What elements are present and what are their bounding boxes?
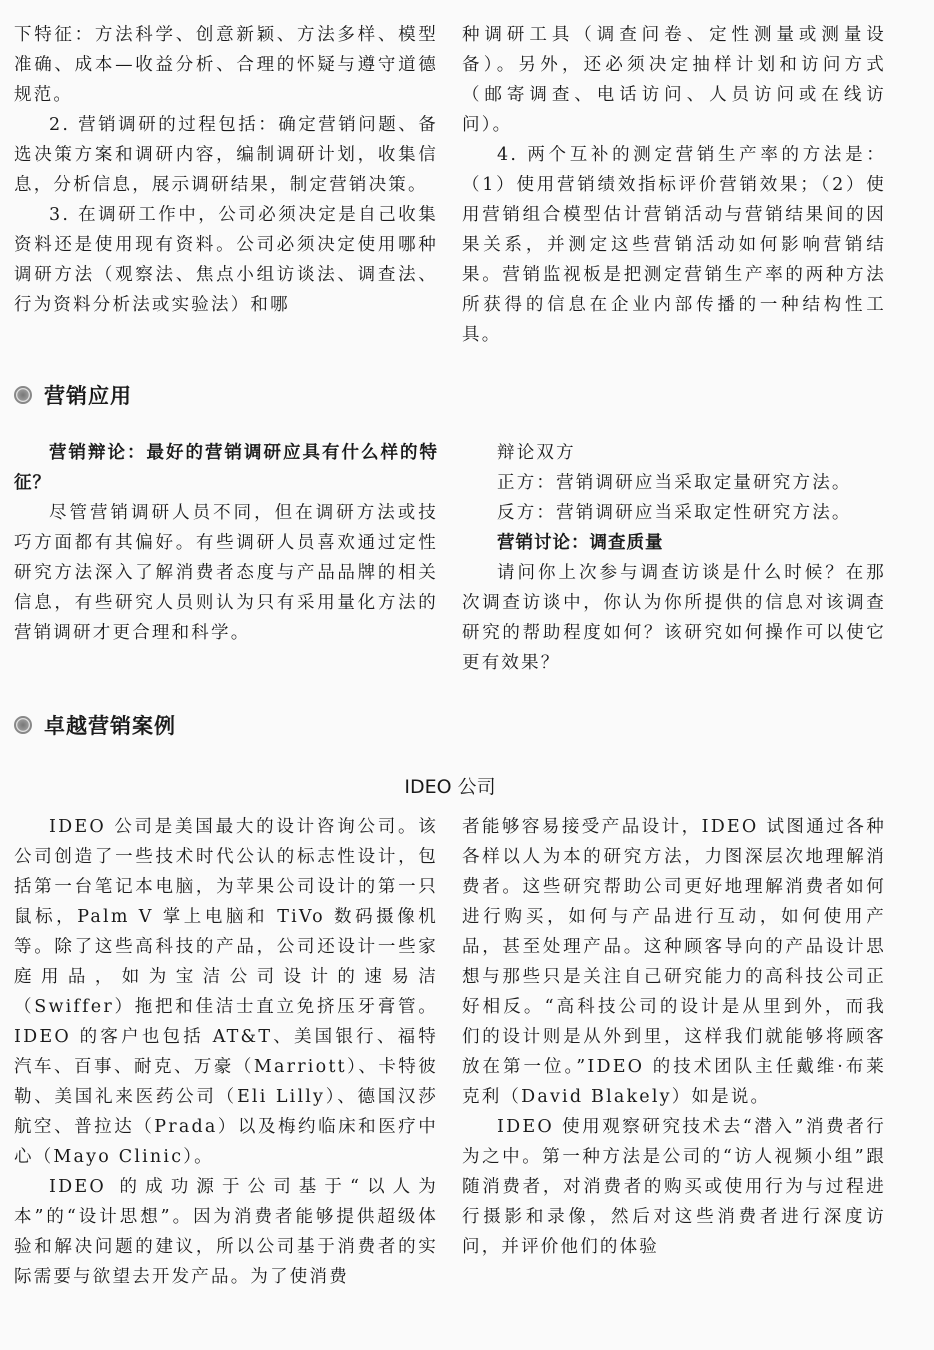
section-heading-case: 卓越营销案例: [14, 710, 176, 740]
debate-column: 营销辩论：最好的营销调研应具有什么样的特征？ 尽管营销调研人员不同，但在调研方法…: [14, 438, 438, 648]
section-heading-text: 卓越营销案例: [44, 710, 176, 740]
paragraph: IDEO 使用观察研究技术去“潜入”消费者行为之中。第一种方法是公司的“访人视频…: [462, 1112, 886, 1262]
discussion-column: 辩论双方 正方：营销调研应当采取定量研究方法。 反方：营销调研应当采取定性研究方…: [462, 438, 886, 678]
case-title: IDEO 公司: [0, 772, 900, 799]
debate-body: 尽管营销调研人员不同，但在调研方法或技巧方面都有其偏好。有些调研人员喜欢通过定性…: [14, 498, 438, 648]
discussion-title: 营销讨论：调查质量: [462, 528, 886, 558]
debate-title: 营销辩论：最好的营销调研应具有什么样的特征？: [14, 438, 438, 498]
paragraph: IDEO 公司是美国最大的设计咨询公司。该公司创造了一些技术时代公认的标志性设计…: [14, 812, 438, 1172]
paragraph: 者能够容易接受产品设计，IDEO 试图通过各种各样以人为本的研究方法，力图深层次…: [462, 812, 886, 1112]
debate-pro: 正方：营销调研应当采取定量研究方法。: [462, 468, 886, 498]
paragraph: 2. 营销调研的过程包括：确定营销问题、备选决策方案和调研内容，编制调研计划，收…: [14, 110, 438, 200]
paragraph: 种调研工具（调查问卷、定性测量或测量设备）。另外，还必须决定抽样计划和访问方式（…: [462, 20, 886, 140]
section-heading-marketing-application: 营销应用: [14, 380, 132, 410]
paragraph: 下特征：方法科学、创意新颖、方法多样、模型准确、成本—收益分析、合理的怀疑与遵守…: [14, 20, 438, 110]
top-right-column: 种调研工具（调查问卷、定性测量或测量设备）。另外，还必须决定抽样计划和访问方式（…: [462, 20, 886, 350]
debate-con: 反方：营销调研应当采取定性研究方法。: [462, 498, 886, 528]
paragraph: IDEO 的成功源于公司基于“以人为本”的“设计思想”。因为消费者能够提供超级体…: [14, 1172, 438, 1292]
paragraph: 3. 在调研工作中，公司必须决定是自己收集资料还是使用现有资料。公司必须决定使用…: [14, 200, 438, 320]
top-left-column: 下特征：方法科学、创意新颖、方法多样、模型准确、成本—收益分析、合理的怀疑与遵守…: [14, 20, 438, 320]
discussion-body: 请问你上次参与调查访谈是什么时候？在那次调查访谈中，你认为你所提供的信息对该调查…: [462, 558, 886, 678]
case-left-column: IDEO 公司是美国最大的设计咨询公司。该公司创造了一些技术时代公认的标志性设计…: [14, 812, 438, 1292]
debate-sides-label: 辩论双方: [462, 438, 886, 468]
circle-bullet-icon: [14, 716, 32, 734]
case-right-column: 者能够容易接受产品设计，IDEO 试图通过各种各样以人为本的研究方法，力图深层次…: [462, 812, 886, 1262]
section-heading-text: 营销应用: [44, 380, 132, 410]
paragraph: 4. 两个互补的测定营销生产率的方法是：（1）使用营销绩效指标评价营销效果；（2…: [462, 140, 886, 350]
circle-bullet-icon: [14, 386, 32, 404]
